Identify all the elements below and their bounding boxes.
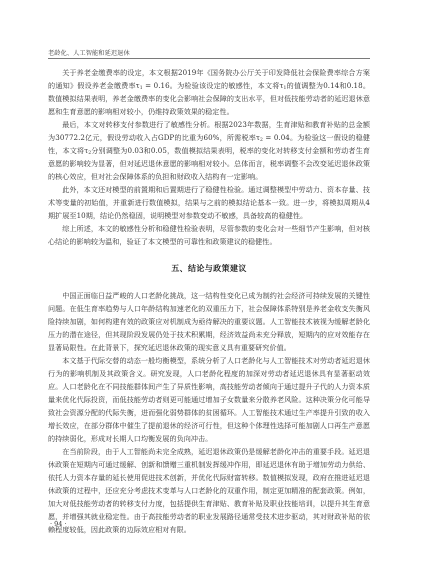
paragraph: 中国正面临日益严峻的人口老龄化挑战，这一结构性变化已成为制约社会经济可持续发展的… <box>48 289 370 354</box>
paragraph: 在当前阶段，由于人工智能尚未完全成熟，延迟退休政策仍是缓解老龄化冲击的重要手段。… <box>48 445 370 536</box>
page-number: · 94 · <box>50 520 67 528</box>
text-run: 分别调整为0.03和0.05，数值模拟结果表明，税率的变化对转移支付金额和劳动者… <box>48 146 370 181</box>
paragraph: 此外，本文还对模型的前置期和后置期进行了稳健性检验。通过调整模型中劳动力、资本存… <box>48 183 370 222</box>
running-head: 老龄化、人工智能和延迟退休 <box>48 48 130 57</box>
text-run: 在当前阶段，由于人工智能尚未完全成熟，延迟退休政策仍是缓解老龄化冲击的重要手段。… <box>48 447 370 534</box>
text-run: 本文基于代际交替的动态一般均衡模型，系统分析了人口老龄化与人工智能技术对劳动者延… <box>48 356 370 443</box>
section-heading: 五、结论与政策建议 <box>48 262 370 275</box>
header-rule <box>48 58 370 59</box>
paragraph: 综上所述，本文的敏感性分析和稳健性检验表明，尽管参数的变化会对一些细节产生影响，… <box>48 222 370 248</box>
paragraph: 最后，本文对转移支付参数进行了敏感性分析。根据2023年数据，生育津贴和教育补贴… <box>48 118 370 183</box>
section-five-body: 中国正面临日益严峻的人口老龄化挑战，这一结构性变化已成为制约社会经济可持续发展的… <box>48 289 370 536</box>
section-four-tail: 关于养老金缴费率的设定，本文根据2019年《国务院办公厅关于印发降低社会保险费率… <box>48 66 370 248</box>
text-run: 此外，本文还对模型的前置期和后置期进行了稳健性检验。通过调整模型中劳动力、资本存… <box>48 185 370 220</box>
text-run: 中国正面临日益严峻的人口老龄化挑战，这一结构性变化已成为制约社会经济可持续发展的… <box>48 291 370 352</box>
text-run: 综上所述，本文的敏感性分析和稳健性检验表明，尽管参数的变化会对一些细节产生影响，… <box>48 224 370 246</box>
paragraph: 关于养老金缴费率的设定，本文根据2019年《国务院办公厅关于印发降低社会保险费率… <box>48 66 370 118</box>
body-text: 关于养老金缴费率的设定，本文根据2019年《国务院办公厅关于印发降低社会保险费率… <box>48 66 370 536</box>
document-page: 老龄化、人工智能和延迟退休 关于养老金缴费率的设定，本文根据2019年《国务院办… <box>0 0 427 579</box>
text-run: = 0.16。为检验该设定的敏感性，本文将τ <box>143 81 284 90</box>
paragraph: 本文基于代际交替的动态一般均衡模型，系统分析了人口老龄化与人工智能技术对劳动者延… <box>48 354 370 445</box>
